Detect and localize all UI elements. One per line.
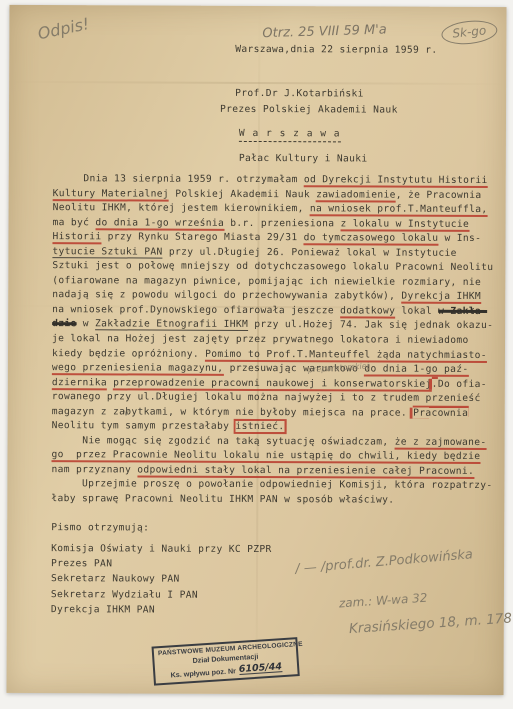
handwritten-address-line1: zam.: W-wa 32 (339, 591, 428, 611)
body-line: Historii przy Rynku Starego Miasta 29/31… (52, 230, 507, 247)
distribution-label: Pismo otrzymują: (51, 522, 149, 533)
distribution-item: Komisja Oświaty i Nauki przy KC PZPR (51, 541, 272, 557)
distribution-item: Sekretarz Naukowy PAN (51, 572, 272, 588)
recipient-name: Prof.Dr J.Kotarbiński (235, 88, 364, 100)
body-line: łaby sprawę Pracowni Neolitu IHKM PAN w … (51, 492, 506, 509)
stamp-register-label: Ks. wpływu poz. Nr (170, 666, 236, 679)
handwritten-caret-mark: v (123, 408, 129, 418)
recipient-address: Pałac Kultury i Nauki (239, 153, 368, 165)
handwritten-circled-initials: Sk-go (440, 18, 498, 46)
body-line: je lokal na Hożej jest zajęty przez pryw… (52, 332, 507, 349)
distribution-item: Dyrekcja IHKM PAN (51, 602, 272, 618)
distribution-item: Prezes PAN (51, 556, 272, 572)
recipient-title: Prezes Polskiej Akademii Nauk (220, 104, 398, 116)
handwritten-odpis-note: Odpis! (36, 14, 91, 43)
dateline: Warszawa,dnia 22 sierpnia 1959 r. (235, 44, 437, 56)
scanned-letter-page: Odpis! Otrz. 25 VIII 59 M'a Sk-go Warsza… (7, 5, 507, 695)
body-text: Dnia 13 sierpnia 1959 r. otrzymałam od D… (51, 172, 507, 509)
handwritten-received-date: Otrz. 25 VIII 59 M'a (262, 22, 387, 41)
body-line: rowanego przy ul.Długiej lokalu można na… (52, 390, 507, 407)
handwritten-address-line2: Krasińskiego 18, m. 178 (348, 610, 512, 637)
body-line: Dnia 13 sierpnia 1959 r. otrzymałam od D… (53, 172, 508, 189)
handwritten-signature: / — /prof.dr. Z.Podkowińska (295, 547, 474, 577)
body-line: wego przeniesienia magazynu, przesuwając… (52, 361, 507, 378)
distribution-item: Sekretarz Wydziału I PAN (51, 587, 272, 603)
recipient-city: W a r s z a w a (239, 128, 341, 142)
stamp-register-number: 6105/44 (239, 662, 283, 675)
distribution-list: Komisja Oświaty i Nauki przy KC PZPRPrez… (51, 541, 272, 618)
archive-stamp: PAŃSTWOWE MUZEUM ARCHEOLOGICZNE Dział Do… (152, 637, 300, 685)
body-line: Neolitu IHKM, której jestem kierownikiem… (53, 201, 508, 218)
